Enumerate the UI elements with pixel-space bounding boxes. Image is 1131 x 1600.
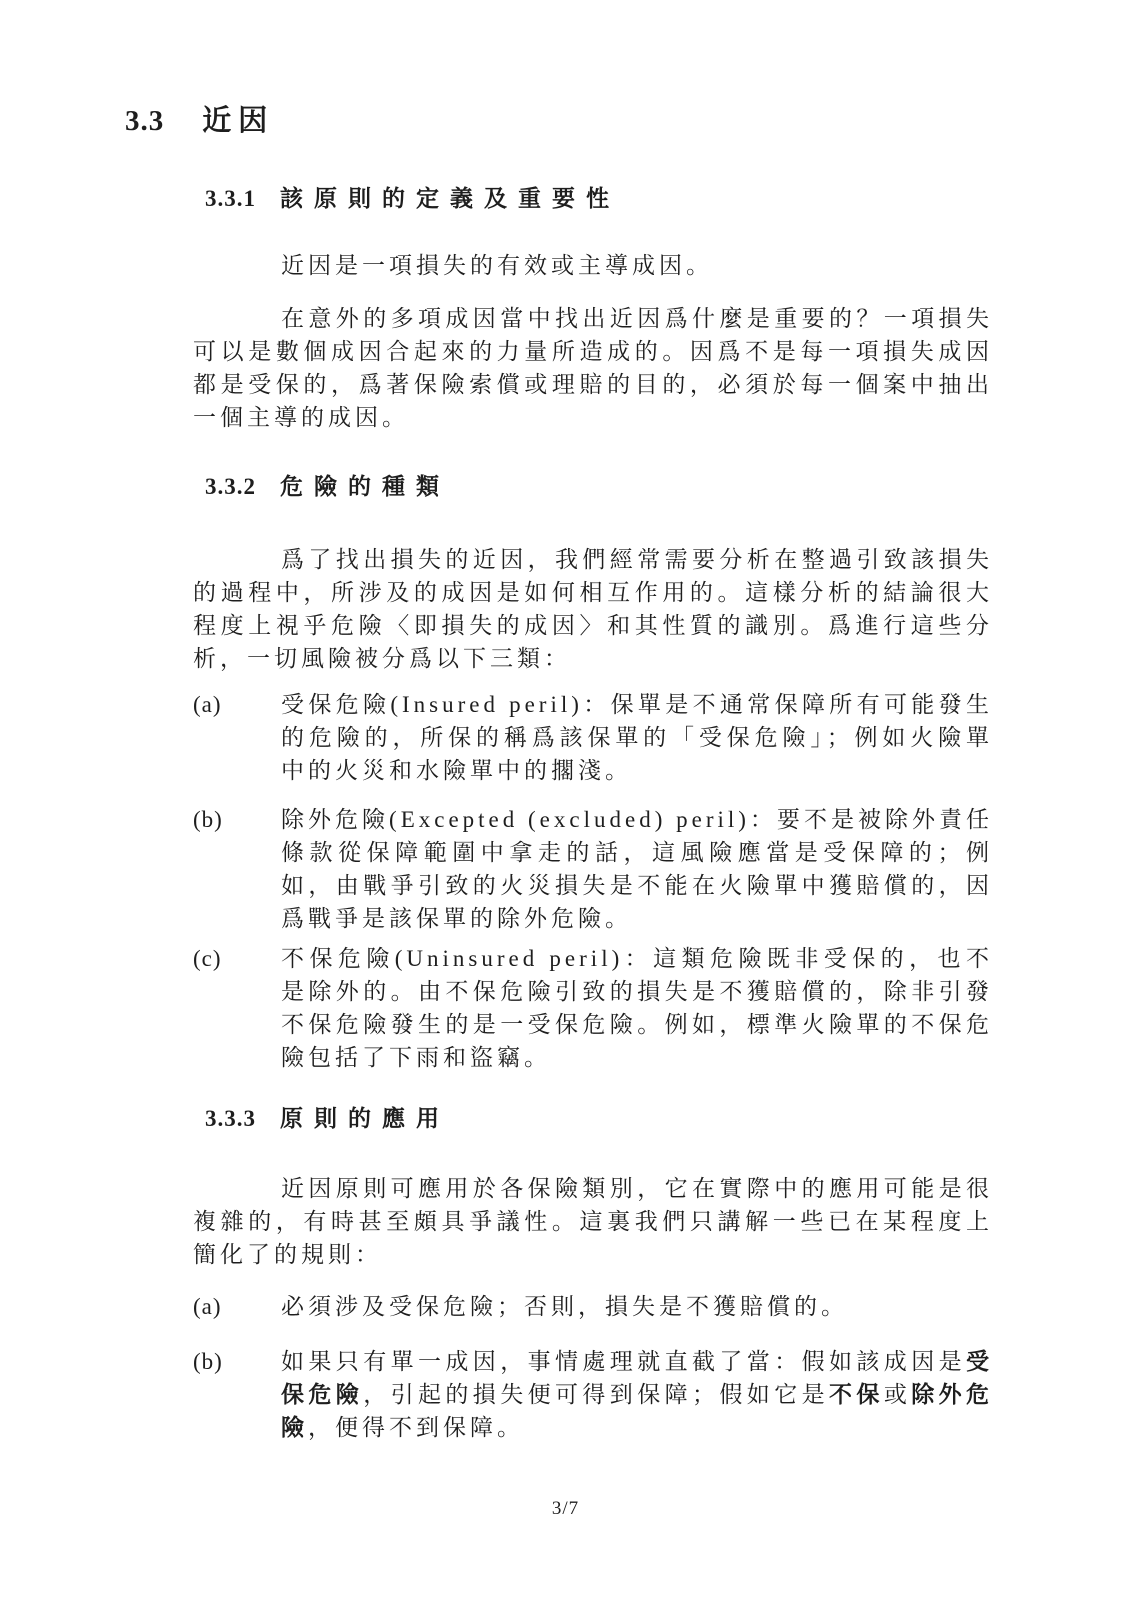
subsection-heading-332: 3.3.2 危險的種類 (205, 468, 450, 501)
list-item-uninsured-peril: (c) 不保危險(Uninsured peril)：這類危險既非受保的，也不是除… (193, 942, 993, 1074)
section-title: 近因 (202, 98, 274, 139)
subsection-title: 原則的應用 (280, 1100, 450, 1133)
paragraph-peril-types: 爲了找出損失的近因，我們經常需要分析在整過引致該損失的過程中，所涉及的成因是如何… (193, 543, 993, 675)
list-item-insured-peril: (a) 受保危險(Insured peril)：保單是不通常保障所有可能發生的危… (193, 688, 993, 787)
text-segment: ，引起的損失便可得到保障；假如它是 (363, 1382, 829, 1407)
list-item-text: 如果只有單一成因，事情處理就直截了當：假如該成因是受保危險，引起的損失便可得到保… (281, 1345, 993, 1444)
subsection-number: 3.3.1 (205, 186, 256, 212)
document-page: 3.3 近因 3.3.1 該原則的定義及重要性 近因是一項損失的有效或主導成因。… (0, 0, 1131, 1600)
paragraph-importance: 在意外的多項成因當中找出近因爲什麼是重要的？一項損失可以是數個成因合起來的力量所… (193, 302, 993, 434)
list-item-text: 除外危險(Excepted (excluded) peril)：要不是被除外責任… (281, 803, 993, 935)
subsection-heading-333: 3.3.3 原則的應用 (205, 1100, 450, 1133)
subsection-number: 3.3.2 (205, 474, 256, 500)
list-item-label: (b) (193, 803, 281, 935)
text-segment: ，便得不到保障。 (308, 1415, 524, 1440)
list-item-label: (a) (193, 688, 281, 787)
subsection-title: 該原則的定義及重要性 (280, 180, 620, 213)
subsection-heading-331: 3.3.1 該原則的定義及重要性 (205, 180, 620, 213)
list-item-excepted-peril: (b) 除外危險(Excepted (excluded) peril)：要不是被… (193, 803, 993, 935)
list-item-text: 受保危險(Insured peril)：保單是不通常保障所有可能發生的危險的，所… (281, 688, 993, 787)
subsection-number: 3.3.3 (205, 1106, 256, 1132)
subsection-title: 危險的種類 (280, 468, 450, 501)
list-item-label: (b) (193, 1345, 281, 1444)
section-heading: 3.3 近因 (125, 98, 274, 139)
list-item-label: (c) (193, 942, 281, 1074)
list-item-text: 必須涉及受保危險；否則，損失是不獲賠償的。 (281, 1290, 993, 1323)
text-segment: 或 (884, 1382, 911, 1407)
bold-segment: 不保 (829, 1382, 884, 1407)
list-item-text: 不保危險(Uninsured peril)：這類危險既非受保的，也不是除外的。由… (281, 942, 993, 1074)
paragraph-application: 近因原則可應用於各保險類別，它在實際中的應用可能是很複雜的，有時甚至頗具爭議性。… (193, 1172, 993, 1271)
paragraph-definition: 近因是一項損失的有效或主導成因。 (193, 249, 993, 282)
rule-item-a: (a) 必須涉及受保危險；否則，損失是不獲賠償的。 (193, 1290, 993, 1323)
rule-item-b: (b) 如果只有單一成因，事情處理就直截了當：假如該成因是受保危險，引起的損失便… (193, 1345, 993, 1444)
list-item-label: (a) (193, 1290, 281, 1323)
section-number: 3.3 (125, 105, 164, 138)
page-number: 3/7 (0, 1498, 1131, 1520)
text-segment: 如果只有單一成因，事情處理就直截了當：假如該成因是 (281, 1349, 966, 1374)
